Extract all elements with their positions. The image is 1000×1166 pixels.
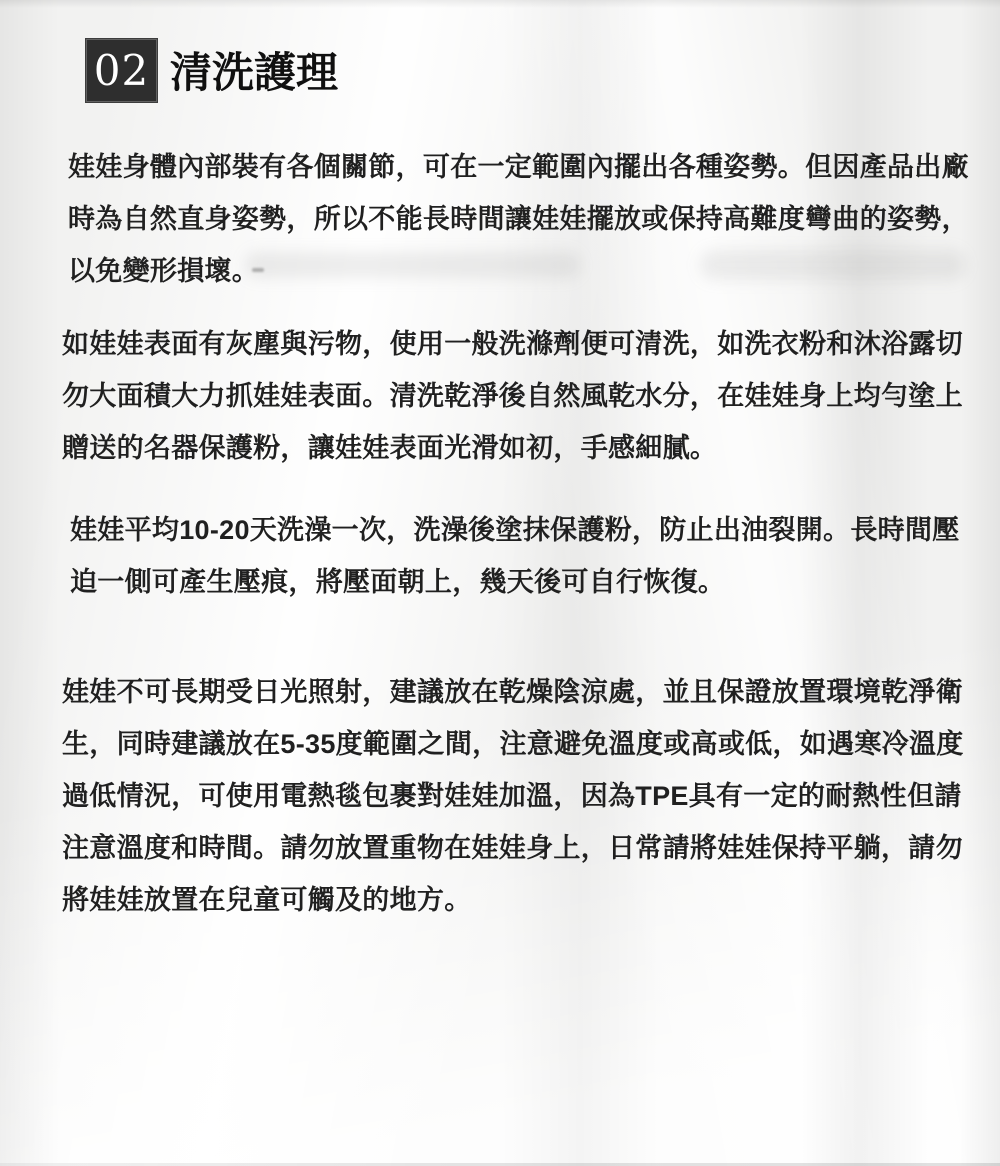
text-line: 生，同時建議放在5-35度範圍之間，注意避免溫度或高或低，如遇寒冷溫度	[62, 718, 967, 770]
section-number-badge: 02	[85, 38, 158, 103]
text-line: 以免變形損壞。	[68, 245, 973, 297]
paragraph-storage-environment: 娃娃不可長期受日光照射，建議放在乾燥陰涼處，並且保證放置環境乾淨衛 生，同時建議…	[62, 666, 967, 926]
paragraph-joints-posing: 娃娃身體內部裝有各個關節，可在一定範圍內擺出各種姿勢。但因產品出廠 時為自然直身…	[68, 141, 973, 297]
paragraph-bathing-frequency: 娃娃平均10-20天洗澡一次，洗澡後塗抹保護粉，防止出油裂開。長時間壓 迫一側可…	[70, 504, 975, 608]
care-instructions-page: 02 清洗護理 娃娃身體內部裝有各個關節，可在一定範圍內擺出各種姿勢。但因產品出…	[0, 0, 1000, 1166]
text-line: 勿大面積大力抓娃娃表面。清洗乾淨後自然風乾水分，在娃娃身上均勻塗上	[62, 370, 967, 422]
paragraph-surface-cleaning: 如娃娃表面有灰塵與污物，使用一般洗滌劑便可清洗，如洗衣粉和沐浴露切 勿大面積大力…	[62, 318, 967, 474]
text-line: 娃娃不可長期受日光照射，建議放在乾燥陰涼處，並且保證放置環境乾淨衛	[62, 666, 967, 718]
text-line: 注意溫度和時間。請勿放置重物在娃娃身上，日常請將娃娃保持平躺，請勿	[62, 822, 967, 874]
text-line: 娃娃身體內部裝有各個關節，可在一定範圍內擺出各種姿勢。但因產品出廠	[68, 141, 973, 193]
section-header: 02 清洗護理	[85, 38, 338, 103]
text-line: 將娃娃放置在兒童可觸及的地方。	[62, 874, 967, 926]
section-number: 02	[94, 50, 149, 92]
text-line: 如娃娃表面有灰塵與污物，使用一般洗滌劑便可清洗，如洗衣粉和沐浴露切	[62, 318, 967, 370]
section-title: 清洗護理	[170, 48, 338, 94]
blurred-dash-mark	[252, 268, 264, 272]
text-line: 娃娃平均10-20天洗澡一次，洗澡後塗抹保護粉，防止出油裂開。長時間壓	[70, 504, 975, 556]
text-line: 過低情況，可使用電熱毯包裹對娃娃加溫，因為TPE具有一定的耐熱性但請	[62, 770, 967, 822]
text-line: 時為自然直身姿勢，所以不能長時間讓娃娃擺放或保持高難度彎曲的姿勢，	[68, 193, 973, 245]
text-line: 迫一側可產生壓痕，將壓面朝上，幾天後可自行恢復。	[70, 556, 975, 608]
text-line: 贈送的名器保護粉，讓娃娃表面光滑如初，手感細膩。	[62, 422, 967, 474]
